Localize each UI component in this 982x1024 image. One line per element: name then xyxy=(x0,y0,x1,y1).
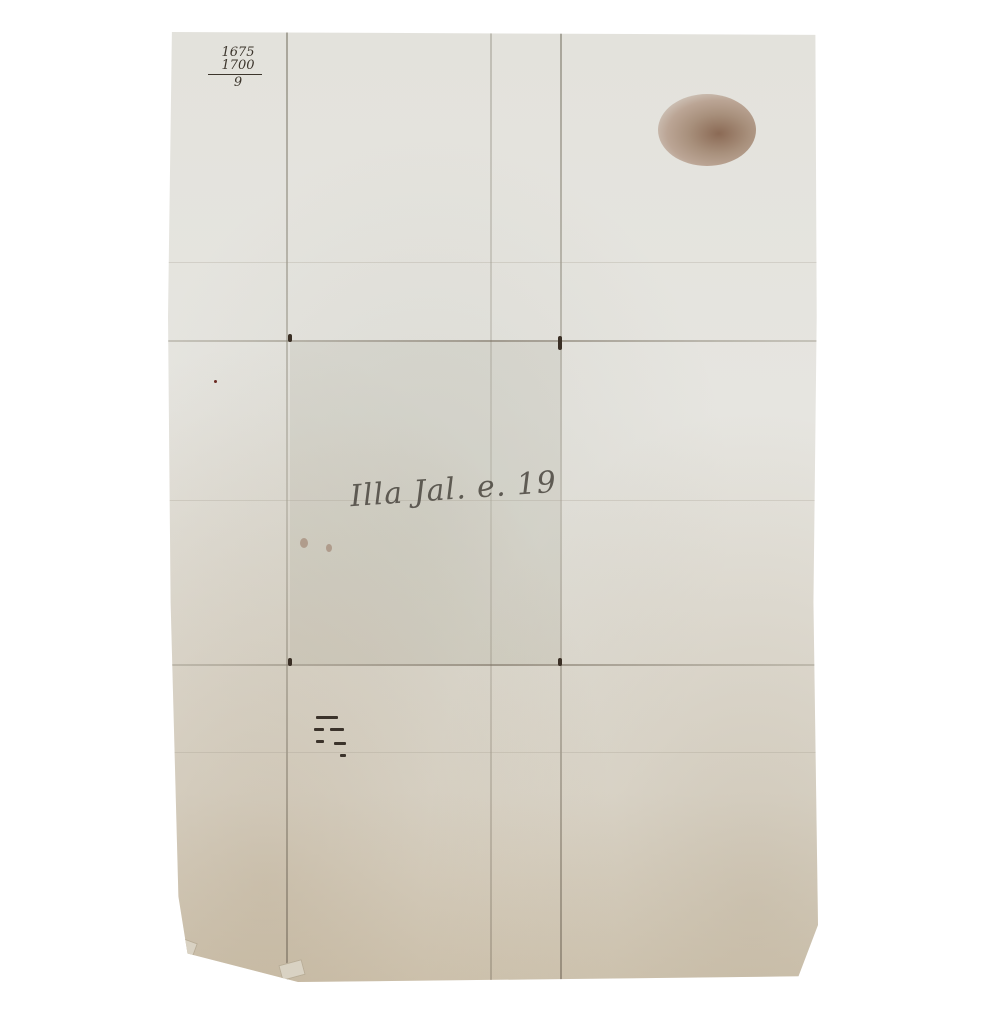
tally-notation: 1675 1700 9 xyxy=(208,46,268,89)
stain-spot xyxy=(300,538,308,548)
fold-line-horizontal-5 xyxy=(168,752,818,753)
fold-line-vertical-2 xyxy=(490,32,492,982)
fold-hole xyxy=(288,658,292,666)
ink-marks xyxy=(314,712,354,767)
fold-line-horizontal-1 xyxy=(168,262,818,263)
torn-edge xyxy=(176,937,198,956)
fold-line-vertical-1 xyxy=(286,32,288,982)
torn-edge xyxy=(278,959,305,981)
tally-result: 9 xyxy=(208,76,268,89)
fold-line-horizontal-4 xyxy=(168,664,818,666)
stain-spot xyxy=(326,544,332,552)
fold-hole xyxy=(558,658,562,666)
wax-seal-stain xyxy=(658,94,756,166)
fold-hole xyxy=(558,336,562,350)
fold-hole xyxy=(288,334,292,342)
tally-line-2: 1700 xyxy=(208,59,268,72)
fold-line-horizontal-2 xyxy=(168,340,818,342)
stain-spot xyxy=(214,380,217,383)
manuscript-sheet: 1675 1700 9 Illa Jal. e. 19 xyxy=(168,32,818,982)
fold-line-vertical-3 xyxy=(560,32,562,982)
